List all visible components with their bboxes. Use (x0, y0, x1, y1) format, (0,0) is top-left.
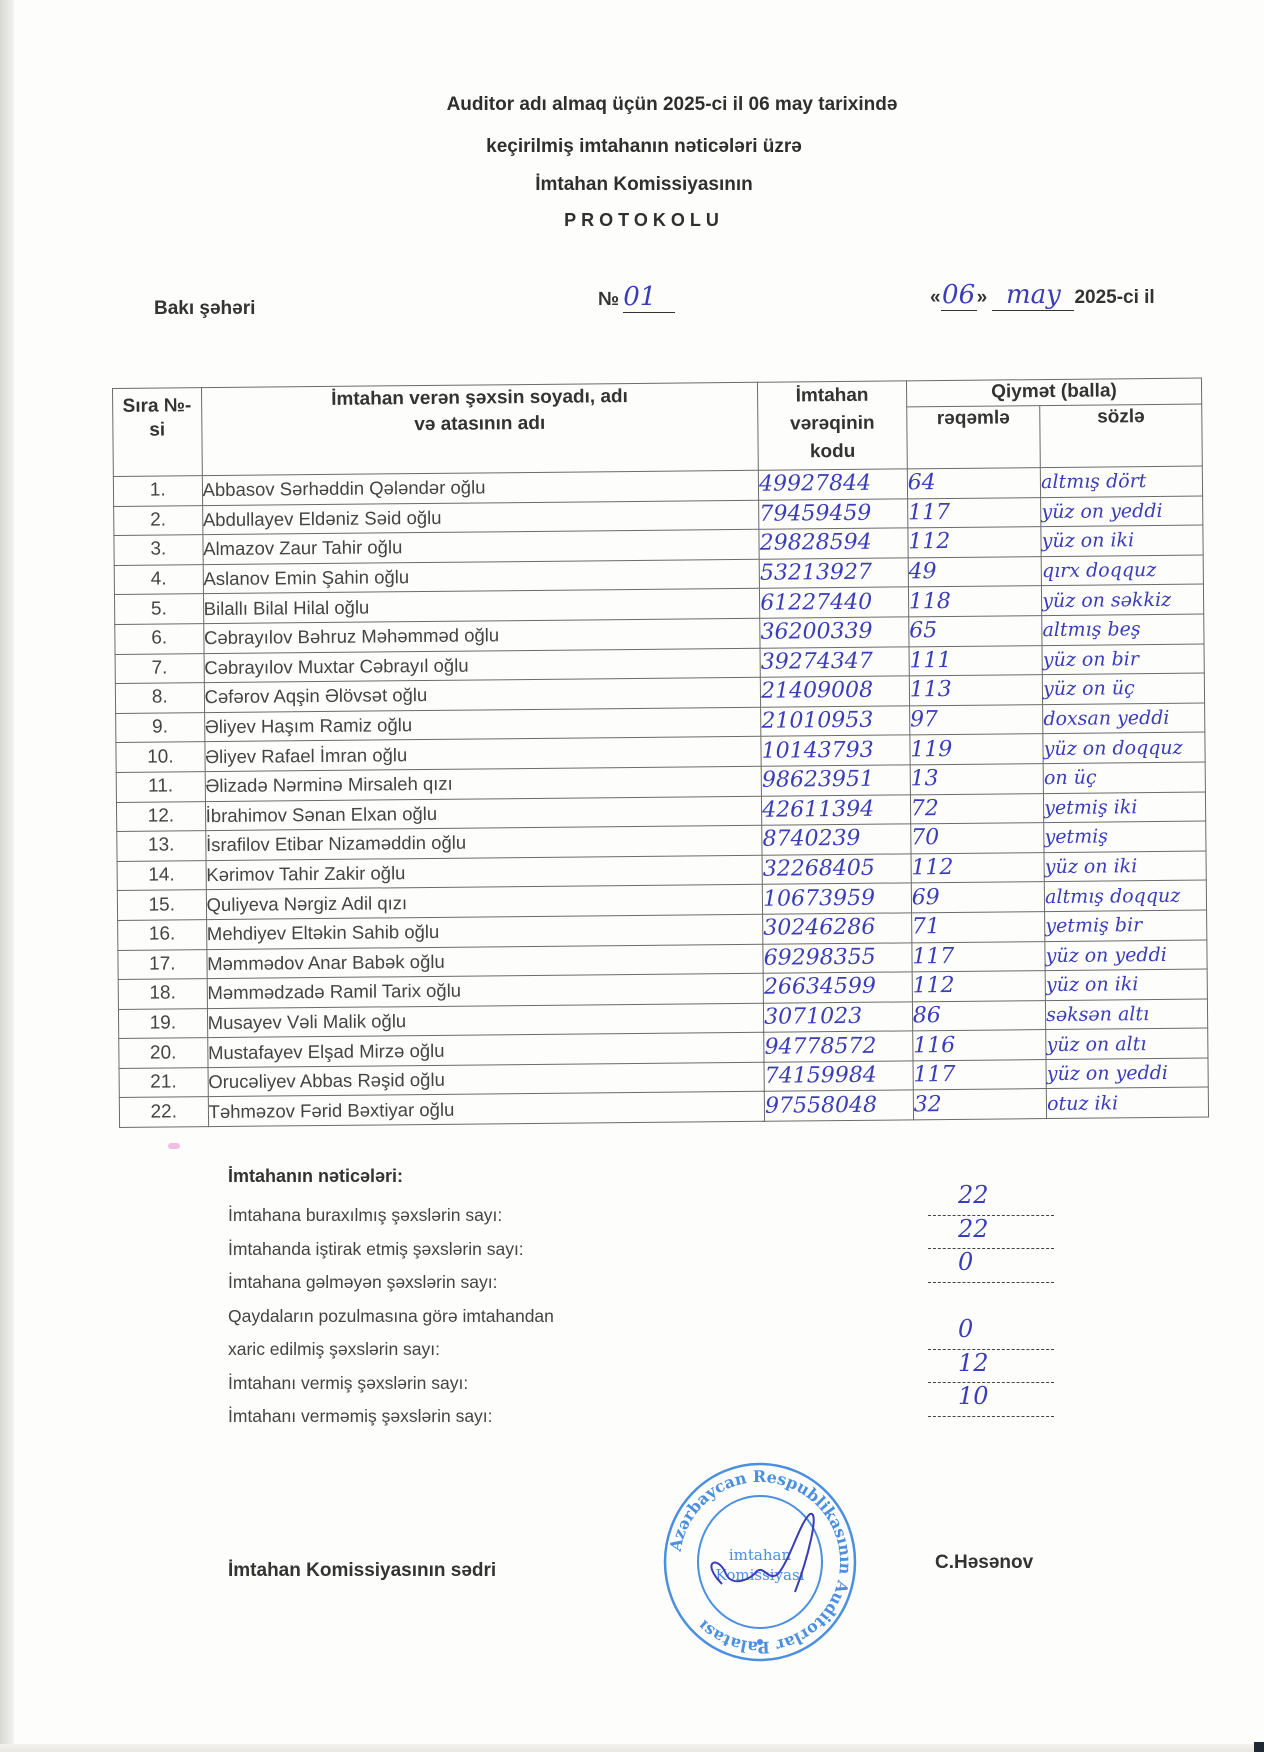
protocol-date: «06» may2025-ci il (930, 280, 1155, 311)
exam-code: 10673959 (762, 883, 911, 914)
summary-label: Qaydaların pozulmasına görə imtahandan (228, 1306, 554, 1326)
score-digits: 72 (910, 793, 1044, 824)
scan-corner-artifact (1254, 1742, 1264, 1752)
score-digits: 112 (908, 527, 1042, 558)
exam-code: 42611394 (762, 794, 911, 825)
row-number: 8. (115, 683, 204, 713)
scan-border-bottom (0, 1744, 1264, 1752)
score-digits: 64 (907, 468, 1041, 499)
summary-label: İmtahana gəlməyən şəxslərin sayı: (228, 1272, 497, 1292)
score-words: altmış dört (1040, 466, 1202, 497)
score-digits: 111 (909, 645, 1043, 676)
exam-code: 97558048 (764, 1090, 913, 1121)
date-year: 2025-ci il (1074, 287, 1154, 308)
candidate-name: Təhməzov Fərid Bəxtiyar oğlu (208, 1092, 765, 1127)
summary-value-field: 22 (928, 1213, 1054, 1250)
score-words: yüz on bir (1042, 644, 1204, 675)
summary-value: 0 (928, 1248, 973, 1276)
score-words: yetmiş iki (1044, 792, 1206, 823)
score-digits: 49 (908, 556, 1042, 587)
exam-code: 3071023 (764, 1002, 913, 1033)
header-name: İmtahan verən şəxsin soyadı, adı və atas… (201, 382, 758, 475)
exam-code: 98623951 (761, 765, 910, 796)
chair-name: C.Həsənov (935, 1552, 1033, 1574)
score-digits: 118 (908, 586, 1042, 617)
row-number: 11. (116, 772, 205, 802)
exam-code: 39274347 (760, 646, 909, 677)
summary-label: İmtahanda iştirak etmiş şəxslərin sayı: (228, 1239, 524, 1259)
score-words: yüz on iki (1041, 525, 1203, 556)
score-digits: 117 (913, 1059, 1047, 1090)
score-digits: 97 (909, 704, 1043, 735)
title-line-3: İmtahan Komissiyasının (12, 174, 1264, 196)
row-number: 19. (118, 1008, 207, 1038)
score-words: yüz on yeddi (1045, 940, 1207, 971)
summary-label: İmtahanı verməmiş şəxslərin sayı: (228, 1406, 493, 1426)
score-words: yüz on yeddi (1046, 1058, 1208, 1089)
title-line-1: Auditor adı almaq üçün 2025-ci il 06 may… (40, 94, 1264, 116)
date-open-quote: « (930, 287, 941, 308)
row-number: 3. (114, 535, 203, 565)
date-month: may (992, 280, 1074, 311)
title-protocol: PROTOKOLU (12, 210, 1264, 231)
summary-value: 22 (928, 1181, 989, 1209)
row-number: 14. (117, 860, 206, 890)
row-number: 4. (114, 564, 203, 594)
score-digits: 119 (910, 734, 1044, 765)
exam-code: 36200339 (760, 617, 909, 648)
row-number: 17. (118, 949, 207, 979)
exam-code: 53213927 (759, 558, 908, 589)
svg-text:Komissiyası: Komissiyası (716, 1566, 805, 1584)
exam-code: 74159984 (764, 1061, 913, 1092)
score-words: altmış doqquz (1044, 880, 1206, 911)
svg-text:imtahan: imtahan (729, 1546, 792, 1564)
title-line-2: keçirilmiş imtahanın nəticələri üzrə (12, 136, 1264, 158)
summary-label: İmtahana buraxılmış şəxslərin sayı: (228, 1205, 502, 1225)
exam-code: 79459459 (759, 498, 908, 529)
row-number: 22. (119, 1097, 208, 1127)
protocol-number: №01 (598, 282, 675, 313)
score-words: yüz on iki (1045, 969, 1207, 1000)
summary-value-field: 0 (928, 1246, 1054, 1283)
score-digits: 117 (907, 497, 1041, 528)
header-score-words: sözlə (1040, 404, 1202, 468)
row-number: 15. (117, 890, 206, 920)
row-number: 1. (113, 476, 202, 506)
score-words: yüz on doqquz (1043, 732, 1205, 763)
summary-value: 12 (928, 1349, 989, 1377)
score-digits: 117 (912, 941, 1046, 972)
summary-value: 10 (928, 1382, 989, 1410)
header-score-digits: rəqəmlə (906, 406, 1040, 469)
row-number: 16. (118, 920, 207, 950)
results-summary: İmtahanın nəticələri: İmtahana buraxılmı… (228, 1166, 1088, 1434)
row-number: 21. (119, 1067, 208, 1097)
exam-code: 29828594 (759, 528, 908, 559)
date-close-quote: » (977, 287, 988, 308)
score-words: otuz iki (1046, 1087, 1208, 1118)
number-value: 01 (623, 282, 675, 313)
summary-label: xaric edilmiş şəxslərin sayı: (228, 1339, 440, 1359)
score-digits: 116 (912, 1030, 1046, 1061)
header-no: Sıra №-si (113, 388, 202, 477)
score-digits: 70 (911, 823, 1045, 854)
city-label: Bakı şəhəri (154, 298, 255, 320)
exam-code: 21010953 (761, 706, 910, 737)
score-words: yetmiş (1044, 821, 1206, 852)
row-number: 18. (118, 979, 207, 1009)
score-words: səksən altı (1046, 999, 1208, 1030)
header-code: İmtahan vərəqinin kodu (758, 381, 907, 470)
score-digits: 86 (912, 1000, 1046, 1031)
score-digits: 69 (911, 882, 1045, 913)
score-words: yüz on üç (1042, 673, 1204, 704)
exam-code: 30246286 (763, 913, 912, 944)
score-digits: 32 (913, 1089, 1047, 1120)
row-number: 12. (116, 801, 205, 831)
row-number: 6. (115, 624, 204, 654)
commission-stamp: Azərbaycan Respublikasının Auditorlar Pa… (660, 1462, 860, 1662)
row-number: 13. (117, 831, 206, 861)
score-digits: 65 (909, 616, 1043, 647)
row-number: 10. (116, 742, 205, 772)
score-digits: 112 (911, 852, 1045, 883)
score-words: doxsan yeddi (1043, 703, 1205, 734)
score-words: yüz on altı (1046, 1028, 1208, 1059)
exam-code: 32268405 (762, 854, 911, 885)
score-words: yüz on yeddi (1041, 496, 1203, 527)
number-sign: № (598, 289, 619, 310)
row-number: 7. (115, 653, 204, 683)
summary-item: İmtahana gəlməyən şəxslərin sayı:0 (228, 1266, 1088, 1300)
results-table: Sıra №-si İmtahan verən şəxsin soyadı, a… (112, 378, 1209, 1128)
exam-code: 49927844 (758, 469, 907, 500)
exam-code: 61227440 (760, 587, 909, 618)
exam-code: 21409008 (760, 676, 909, 707)
row-number: 5. (114, 594, 203, 624)
scan-border-left (0, 0, 14, 1752)
chair-role: İmtahan Komissiyasının sədri (228, 1560, 496, 1582)
score-words: yüz on səkkiz (1042, 584, 1204, 615)
ink-mark (168, 1143, 180, 1149)
summary-value-field: 0 (928, 1313, 1054, 1350)
summary-value: 22 (928, 1215, 989, 1243)
score-words: altmış beş (1042, 614, 1204, 645)
row-number: 20. (119, 1038, 208, 1068)
exam-code: 26634599 (763, 972, 912, 1003)
score-digits: 71 (911, 911, 1045, 942)
row-number: 2. (114, 505, 203, 535)
summary-item: İmtahanı verməmiş şəxslərin sayı:10 (228, 1400, 1088, 1434)
row-number: 9. (116, 712, 205, 742)
summary-label: İmtahanı vermiş şəxslərin sayı: (228, 1373, 468, 1393)
exam-code: 8740239 (762, 824, 911, 855)
summary-value-field: 12 (928, 1347, 1054, 1384)
header-score-group: Qiymət (balla) (906, 378, 1201, 407)
score-words: yetmiş bir (1045, 910, 1207, 941)
summary-value-field: 22 (928, 1179, 1054, 1216)
summary-value: 0 (928, 1315, 973, 1343)
exam-code: 10143793 (761, 735, 910, 766)
exam-code: 94778572 (764, 1031, 913, 1062)
exam-code: 69298355 (763, 942, 912, 973)
date-day: 06 (941, 280, 977, 311)
score-words: qırx doqquz (1041, 555, 1203, 586)
summary-value-field: 10 (928, 1380, 1054, 1417)
score-words: yüz on iki (1044, 851, 1206, 882)
score-digits: 13 (910, 764, 1044, 795)
score-digits: 112 (912, 971, 1046, 1002)
score-words: on üç (1043, 762, 1205, 793)
score-digits: 113 (909, 675, 1043, 706)
